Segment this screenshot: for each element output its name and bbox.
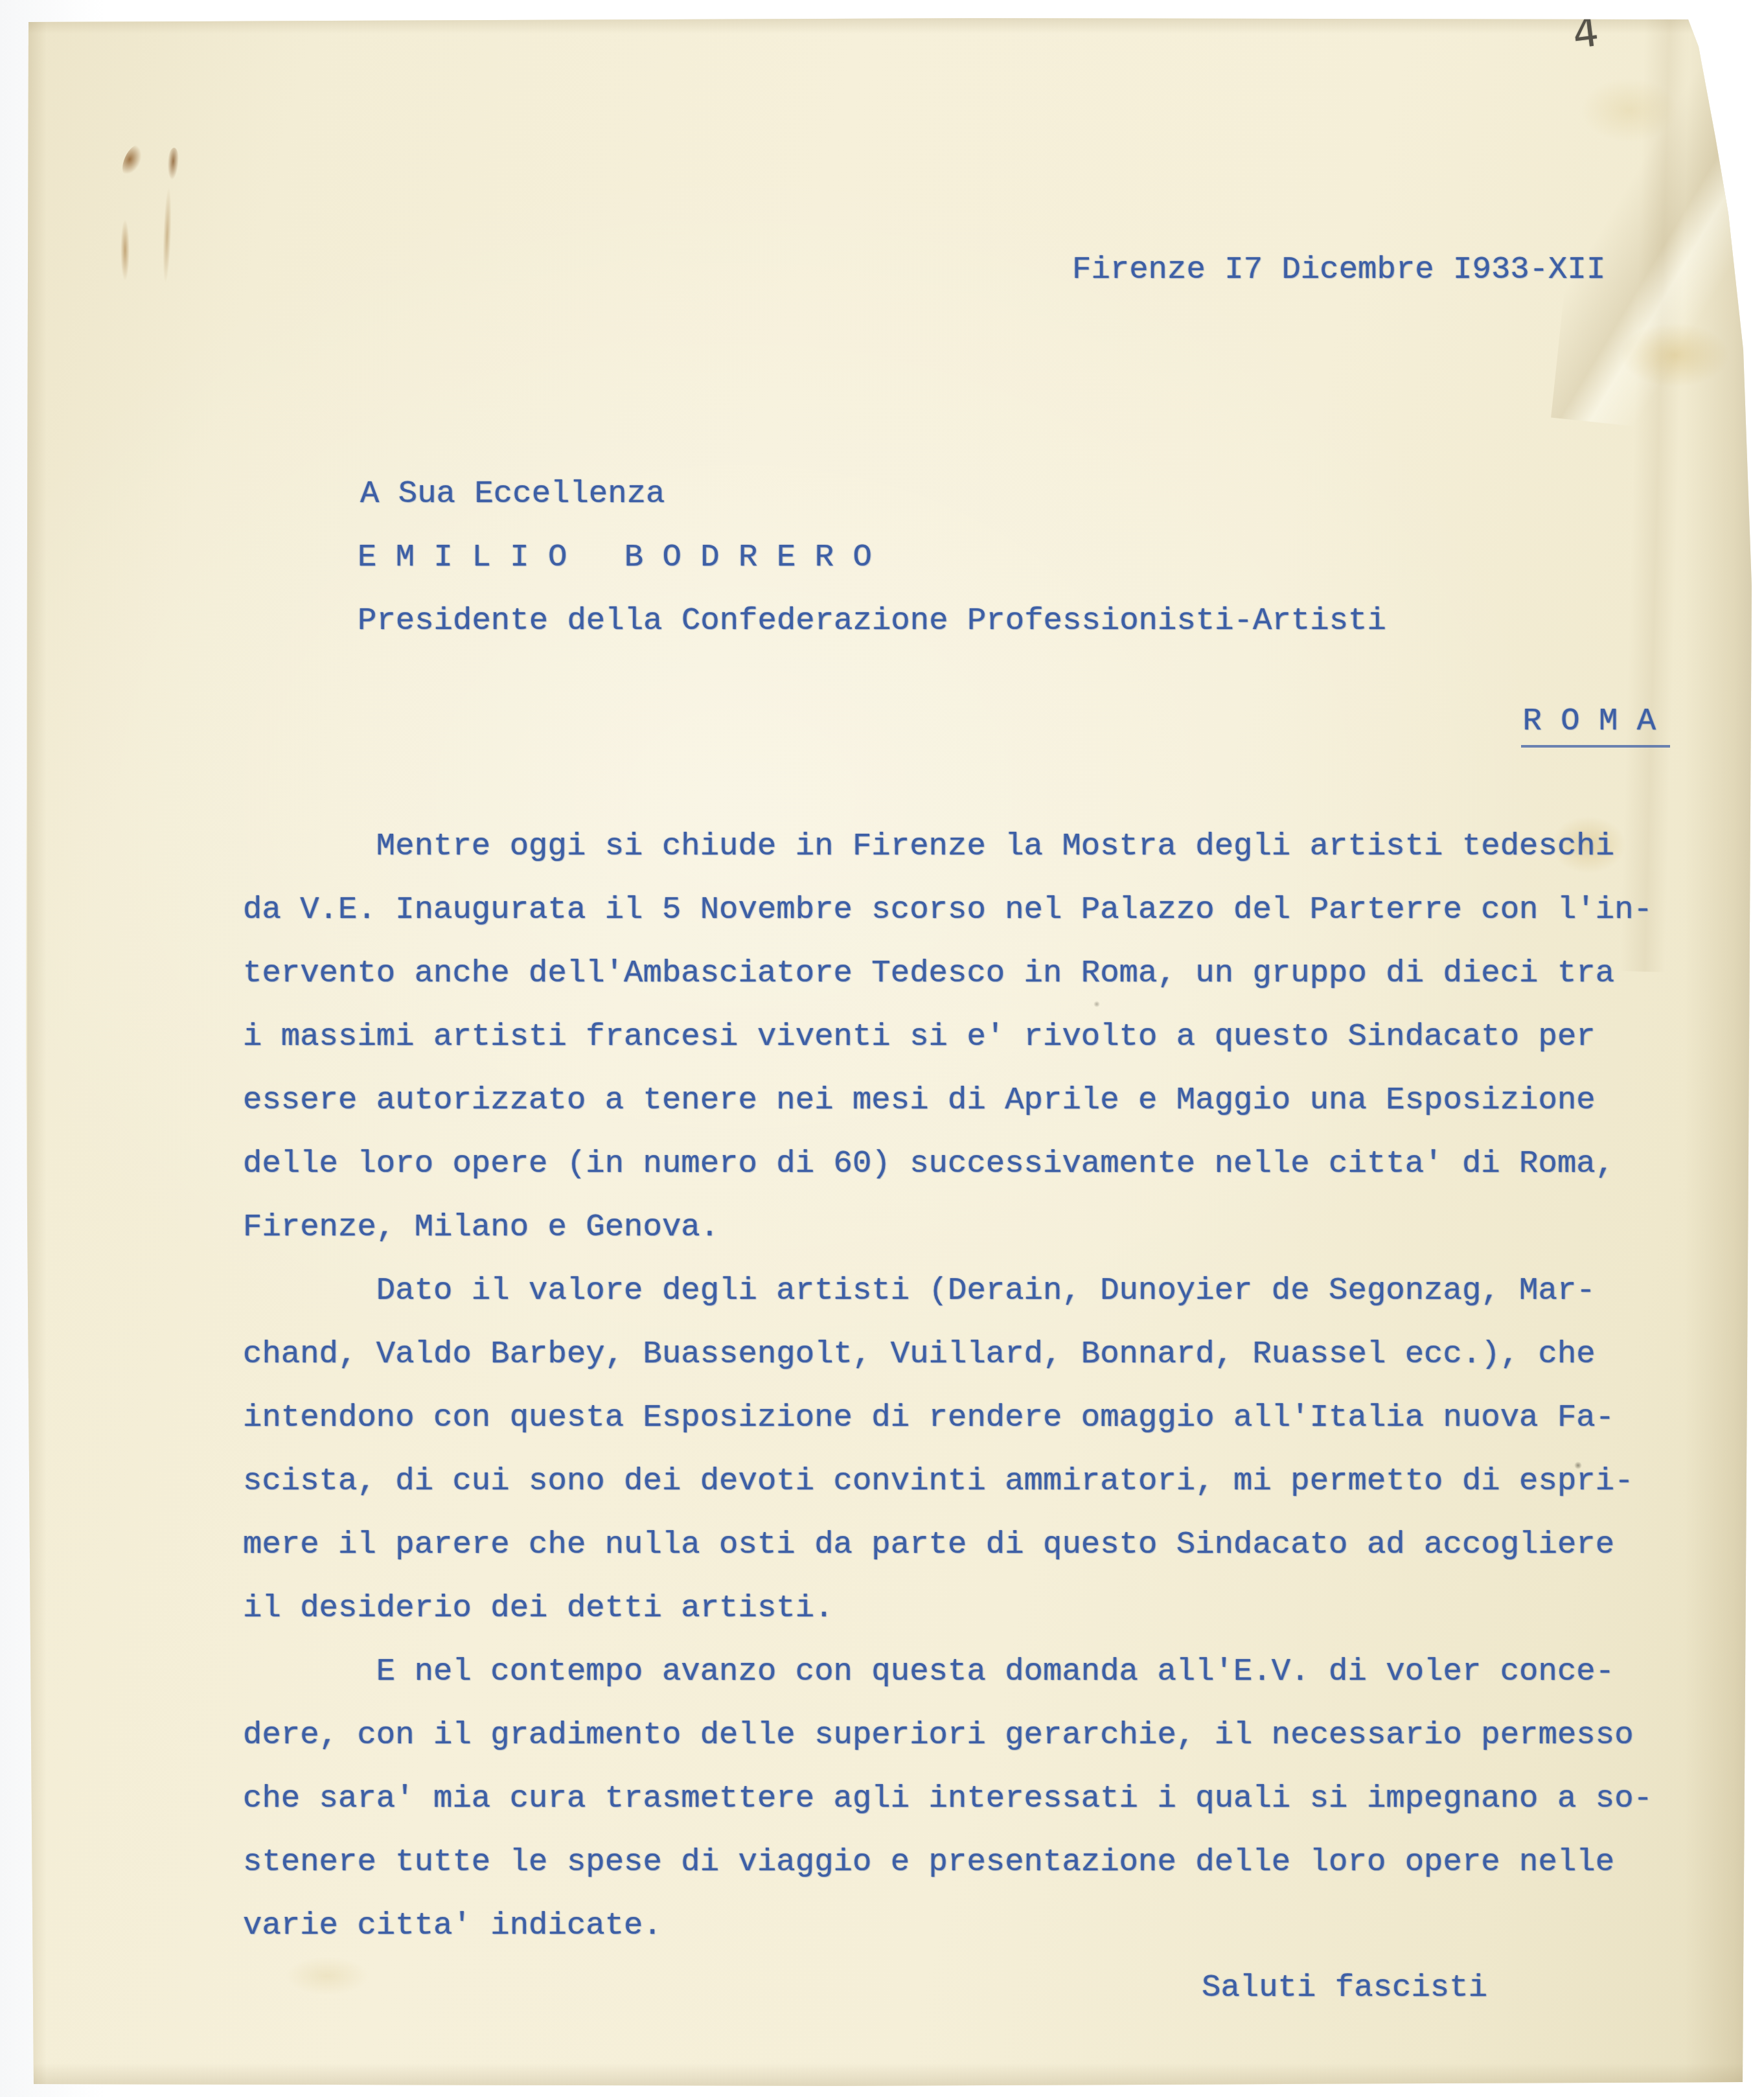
paper-edge-shadow-bottom [0,2063,1764,2086]
recipient-city-text: R O M A [1521,705,1670,748]
yellow-stain [285,1956,369,1995]
body-line: Dato il valore degli artisti (Derain, Du… [243,1275,1653,1338]
recipient-name: E M I L I O B O D R E R O [358,542,872,573]
scanner-background: 4 Firenze I7 Dicembre I933-XII A Sua Ecc… [0,0,1764,2097]
body-line: dere, con il gradimento delle superiori … [243,1719,1653,1783]
ink-speck [1574,1461,1582,1469]
rust-stain [166,147,180,181]
paper-edge-shadow-left [27,0,47,2097]
body-line: il desiderio dei detti artisti. [243,1592,1653,1656]
letter-paper: 4 Firenze I7 Dicembre I933-XII A Sua Ecc… [0,0,1764,2097]
closing-salutation: Saluti fascisti [1202,1972,1487,2004]
ink-speck [1094,1001,1100,1007]
recipient-title: Presidente della Confederazione Professi… [358,605,1386,637]
paper-edge-shadow-top [0,17,1764,34]
letter-body: Mentre oggi si chiude in Firenze la Most… [243,831,1653,1973]
yellow-stain [1581,78,1678,143]
yellow-stain [1550,815,1627,875]
rust-stain [161,187,172,284]
body-line: varie citta' indicate. [243,1910,1653,1973]
body-line: Firenze, Milano e Genova. [243,1211,1653,1275]
body-line: stenere tutte le spese di viaggio e pres… [243,1846,1653,1910]
rust-stain [119,142,148,179]
handwritten-page-number: 4 [1570,8,1601,58]
body-line: delle loro opere (in numero di 60) succe… [243,1148,1653,1211]
paper-fold-top-right [1551,0,1764,435]
body-line: essere autorizzato a tenere nei mesi di … [243,1084,1653,1148]
body-line: chand, Valdo Barbey, Buassengolt, Vuilla… [243,1338,1653,1402]
recipient-city: R O M A [1407,674,1670,779]
recipient-salutation: A Sua Eccellenza [360,478,665,510]
paper-edge-shadow-right [1684,0,1756,2097]
body-line: i massimi artisti francesi viventi si e'… [243,1021,1653,1084]
body-line: che sara' mia cura trasmettere agli inte… [243,1783,1653,1846]
paper-crease-vertical [1620,0,1690,972]
body-line: da V.E. Inaugurata il 5 Novembre scorso … [243,894,1653,957]
body-line: scista, di cui sono dei devoti convinti … [243,1465,1653,1529]
body-line: Mentre oggi si chiude in Firenze la Most… [243,831,1653,894]
body-line: E nel contempo avanzo con questa domanda… [243,1656,1653,1719]
body-line: mere il parere che nulla osti da parte d… [243,1529,1653,1592]
yellow-stain [1620,323,1730,387]
rust-stain [120,219,130,281]
body-line: intendono con questa Esposizione di rend… [243,1402,1653,1465]
body-line: tervento anche dell'Ambasciatore Tedesco… [243,957,1653,1021]
dateline: Firenze I7 Dicembre I933-XII [1072,254,1605,286]
